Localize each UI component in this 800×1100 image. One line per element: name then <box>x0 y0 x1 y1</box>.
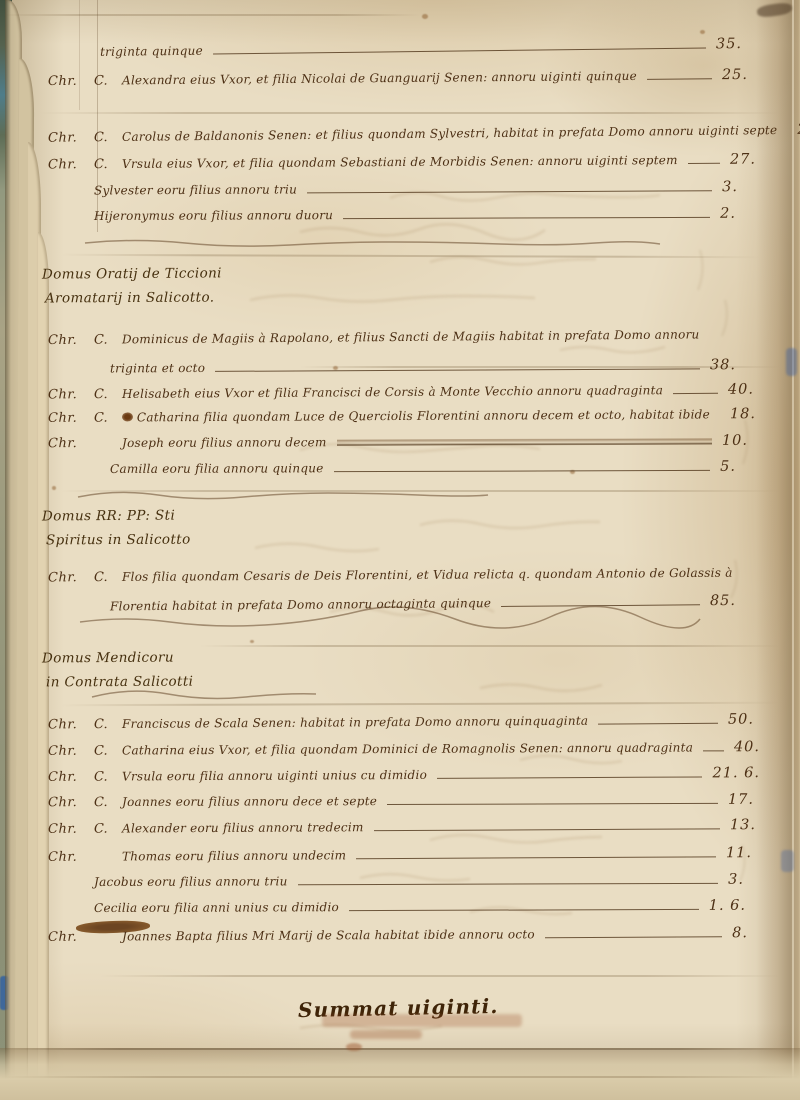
paper-crease <box>0 14 420 16</box>
register-row: Chr. Joseph eoru filius annoru decem 10. <box>48 433 748 451</box>
fox-spot <box>422 14 428 19</box>
communion-check: C. <box>94 332 122 347</box>
chrismatus-abbrev: Chr. <box>48 570 94 585</box>
section-header-location: in Contrata Salicotti <box>46 674 193 691</box>
chrismatus-abbrev: Chr. <box>48 333 94 348</box>
fox-spot <box>700 30 705 34</box>
paper-crease <box>200 645 780 647</box>
age-value: 38. <box>710 357 736 373</box>
entry-text: triginta et octo <box>110 361 205 375</box>
age-value: 10. <box>722 433 748 449</box>
leader-line <box>673 393 718 394</box>
age-value: 11. <box>726 845 752 861</box>
entry-text: Jacobus eoru filius annoru triu <box>94 874 288 889</box>
entry-text: Catharina eius Vxor, et filia quondam Do… <box>122 740 693 757</box>
section-header-house: Domus RR: PP: Sti <box>42 508 175 525</box>
entry-text: Joannes eoru filius annoru dece et septe <box>122 794 377 809</box>
chrismatus-abbrev: Chr. <box>48 157 94 172</box>
chrismatus-abbrev: Chr. <box>48 795 94 810</box>
paper-crease <box>100 975 780 977</box>
age-value: 8. <box>732 925 748 941</box>
entry-text: Flos filia quondam Cesaris de Deis Flore… <box>122 566 733 584</box>
bleedthrough-stamp <box>350 1030 422 1039</box>
manuscript-page-scan: triginta quinque 35. Chr. C. Alexandra e… <box>0 0 800 1100</box>
age-value: 13. <box>730 817 756 833</box>
lower-sheet-edge <box>0 1048 800 1100</box>
crossed-out-word-blot <box>122 412 133 421</box>
communion-check: C. <box>94 717 122 732</box>
communion-check: C. <box>94 769 122 784</box>
paper-crease <box>0 1048 800 1050</box>
entry-text: Catharina filia quondam Luce de Querciol… <box>137 407 710 424</box>
communion-check: C. <box>94 73 122 88</box>
communion-check: C. <box>94 743 122 758</box>
leader-line <box>437 776 702 778</box>
chrismatus-abbrev: Chr. <box>48 744 94 759</box>
age-value: 27. <box>730 152 756 168</box>
entry-text: Helisabeth eius Vxor et filia Francisci … <box>122 383 663 401</box>
leader-line <box>387 803 718 805</box>
paper-crease <box>40 112 780 114</box>
age-value: 18. <box>730 406 756 422</box>
chrismatus-abbrev: Chr. <box>48 436 94 451</box>
leader-line <box>374 828 720 831</box>
register-row: Jacobus eoru filius annoru triu 3. <box>20 872 744 891</box>
leader-line <box>688 163 720 164</box>
communion-check: C. <box>94 570 122 585</box>
leader-line <box>545 936 722 938</box>
leader-line <box>334 470 711 472</box>
section-header-house: Domus Mendicoru <box>42 650 174 667</box>
leader-line-with-strikeout <box>337 437 712 446</box>
section-header-location: Aromatarij in Salicotto. <box>45 290 215 307</box>
entry-text: Sylvester eoru filius annoru triu <box>94 182 297 197</box>
bleedthrough-stamp <box>346 1043 362 1051</box>
entry-text: Joseph eoru filius annoru decem <box>122 435 327 450</box>
entry-text: Vrsula eius Vxor, et filia quondam Sebas… <box>122 153 678 171</box>
communion-check: C. <box>94 130 122 145</box>
register-row: Chr. C. Joannes eoru filius annoru dece … <box>48 792 754 810</box>
section-header-location: Spiritus in Salicotto <box>46 532 191 549</box>
age-value: 25. <box>722 67 748 83</box>
entry-text: Joannes Bapta filius Mri Marij de Scala … <box>122 927 535 943</box>
page-edge-highlight <box>792 0 794 1100</box>
age-value: 85. <box>710 593 736 609</box>
margin-rule <box>79 0 80 110</box>
leader-line <box>215 368 700 372</box>
communion-check: C. <box>94 821 122 836</box>
leader-line <box>298 883 719 885</box>
entry-text: Camilla eoru filia annoru quinque <box>110 461 324 476</box>
leader-line <box>356 856 716 859</box>
age-value: 5. <box>720 459 736 475</box>
register-row: Camilla eoru filia annoru quinque 5. <box>36 459 736 477</box>
chrismatus-abbrev: Chr. <box>48 411 94 426</box>
entry-text: Franciscus de Scala Senen: habitat in pr… <box>122 714 588 731</box>
age-value: 3. <box>728 872 744 888</box>
right-edge-blue-mark <box>781 850 794 872</box>
leader-line <box>598 723 718 725</box>
communion-check: C. <box>94 410 122 425</box>
chrismatus-abbrev: Chr. <box>48 74 94 89</box>
age-value: 3. <box>722 179 738 195</box>
leader-line <box>349 909 699 911</box>
entry-text: Vrsula eoru filia annoru uiginti unius c… <box>122 768 427 784</box>
age-value: 35. <box>716 36 742 52</box>
bleedthrough-stamp <box>322 1014 522 1027</box>
leader-line <box>501 604 700 607</box>
right-edge-blue-mark <box>786 348 797 376</box>
chrismatus-abbrev: Chr. <box>48 850 94 865</box>
entry-text: Cecilia eoru filia anni unius cu dimidio <box>94 900 339 915</box>
age-value: 21. 6. <box>712 765 760 781</box>
chrismatus-abbrev: Chr. <box>48 387 94 402</box>
age-value: 40. <box>728 382 754 398</box>
age-value: 2. <box>720 206 736 222</box>
register-row: Hijeronymus eoru filius annoru duoru 2. <box>20 206 736 224</box>
leader-line <box>647 78 712 80</box>
chrismatus-abbrev: Chr. <box>48 717 94 732</box>
age-value: 17. <box>728 792 754 808</box>
communion-check: C. <box>94 387 122 402</box>
register-row: Cecilia eoru filia anni unius cu dimidio… <box>20 898 746 917</box>
entry-text: Alexander eoru filius annoru tredecim <box>122 820 364 835</box>
paper-crease <box>60 490 780 492</box>
leader-line <box>703 750 724 751</box>
entry-text: triginta quinque <box>100 44 203 59</box>
fox-spot <box>52 486 56 490</box>
entry-text: Florentia habitat in prefata Domo annoru… <box>110 596 491 613</box>
fox-spot <box>250 640 254 643</box>
paper-crease <box>0 1076 800 1078</box>
chrismatus-abbrev: Chr. <box>48 770 94 785</box>
chrismatus-abbrev: Chr. <box>48 130 94 145</box>
leader-line <box>307 190 712 193</box>
leader-line <box>343 217 710 219</box>
chrismatus-abbrev: Chr. <box>48 822 94 837</box>
age-value: 50. <box>728 712 754 728</box>
entry-text: Thomas eoru filius annoru undecim <box>122 848 346 863</box>
section-header-house: Domus Oratij de Ticcioni <box>42 265 222 282</box>
communion-check: C. <box>94 157 122 172</box>
chrismatus-abbrev: Chr. <box>48 930 94 945</box>
communion-check: C. <box>94 795 122 810</box>
age-value: 40. <box>734 739 760 755</box>
entry-text: Hijeronymus eoru filius annoru duoru <box>94 208 333 223</box>
age-value: 1. 6. <box>709 898 746 914</box>
